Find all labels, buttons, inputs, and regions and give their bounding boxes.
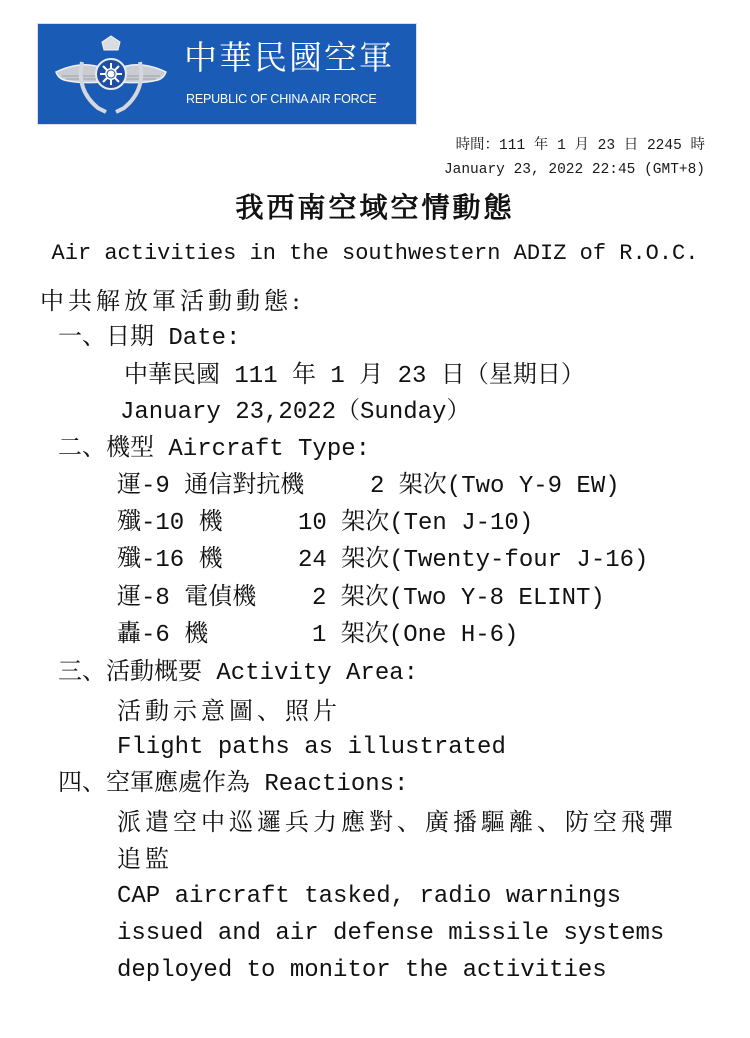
aircraft-count: 2 架次(Two Y-9 EW) <box>370 470 620 504</box>
aircraft-type: 運-9 通信對抗機 <box>117 470 304 504</box>
reactions-zh-line2: 追監 <box>117 842 173 876</box>
reactions-zh-line1: 派遣空中巡邏兵力應對、廣播驅離、防空飛彈 <box>117 805 677 839</box>
section-reactions-heading: 四、空軍應處作為 Reactions: <box>58 768 408 802</box>
aircraft-type: 轟-6 機 <box>117 619 208 653</box>
air-force-emblem-icon <box>52 32 170 118</box>
page-title-en: Air activities in the southwestern ADIZ … <box>0 238 750 270</box>
roc-air-force-banner: 中華民國空軍 REPUBLIC OF CHINA AIR FORCE <box>37 23 417 125</box>
aircraft-count: 24 架次(Twenty-four J-16) <box>298 544 648 578</box>
aircraft-count: 10 架次(Ten J-10) <box>298 507 533 541</box>
aircraft-count: 1 架次(One H-6) <box>312 619 518 653</box>
reactions-en-line1: CAP aircraft tasked, radio warnings <box>117 880 621 914</box>
activity-en: Flight paths as illustrated <box>117 731 506 765</box>
intro-heading: 中共解放軍活動動態: <box>40 284 304 318</box>
aircraft-count: 2 架次(Two Y-8 ELINT) <box>312 582 605 616</box>
section-aircraft-heading: 二、機型 Aircraft Type: <box>58 433 370 467</box>
aircraft-type: 殲-10 機 <box>117 507 223 541</box>
reactions-en-line3: deployed to monitor the activities <box>117 954 607 988</box>
activity-zh: 活動示意圖、照片 <box>117 694 341 728</box>
aircraft-type: 殲-16 機 <box>117 544 223 578</box>
section-date-heading: 一、日期 Date: <box>58 322 240 356</box>
banner-title-zh: 中華民國空軍 <box>184 38 394 78</box>
date-en: January 23,2022（Sunday） <box>120 396 470 430</box>
date-zh: 中華民國 111 年 1 月 23 日（星期日） <box>124 360 585 394</box>
aircraft-type: 運-8 電偵機 <box>117 582 256 616</box>
page-title-zh: 我西南空域空情動態 <box>0 188 750 228</box>
timestamp-zh: 時間：111 年 1 月 23 日 2245 時 <box>444 134 705 158</box>
banner-title-en: REPUBLIC OF CHINA AIR FORCE <box>186 92 376 106</box>
timestamp-en: January 23, 2022 22:45 (GMT+8) <box>444 158 705 182</box>
reactions-en-line2: issued and air defense missile systems <box>117 917 664 951</box>
section-activity-heading: 三、活動概要 Activity Area: <box>58 657 418 691</box>
timestamp: 時間：111 年 1 月 23 日 2245 時 January 23, 202… <box>444 134 705 182</box>
